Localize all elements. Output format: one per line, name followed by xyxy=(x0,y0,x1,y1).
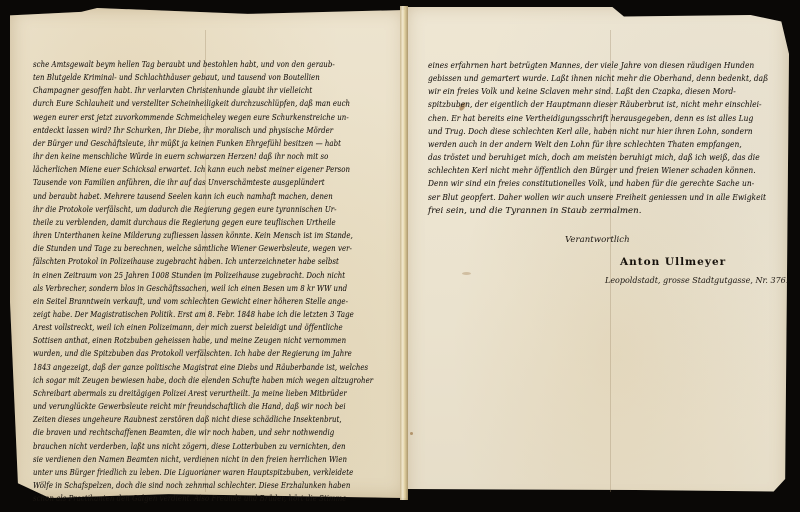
text-line: sie verdienen den Namen Beamten nicht, v… xyxy=(33,454,373,467)
text-line: als Verbrecher, sondern blos in Geschäft… xyxy=(33,283,373,296)
text-line: ein Seitel Branntwein verkauft, und vom … xyxy=(33,296,373,309)
signature-name: Anton Ullmeyer xyxy=(620,256,726,268)
text-line: zeigt habe. Der Magistratischen Politik.… xyxy=(33,309,373,322)
text-line: lächerlichen Miene euer Schicksal erwart… xyxy=(33,164,373,177)
text-line: ser Blut geopfert. Daher wollen wir auch… xyxy=(428,192,768,205)
text-line: ihren Unterthanen keine Milderung zuflie… xyxy=(33,230,373,243)
text-line: und beraubt habet. Mehrere tausend Seele… xyxy=(33,191,373,204)
text-line: Tausende von Familien anführen, die ihr … xyxy=(33,177,373,190)
text-line: unter uns Bürger friedlich zu leben. Die… xyxy=(33,467,373,480)
text-line: ich sogar mit Zeugen bewiesen habe, doch… xyxy=(33,375,373,388)
text-line: 1843 angezeigt, daß der ganze politische… xyxy=(33,362,373,375)
text-line: werden auch in der andern Welt den Lohn … xyxy=(428,139,768,152)
paper-stain xyxy=(462,272,471,275)
text-line: Arest vollstreckt, weil ich einen Polize… xyxy=(33,322,373,335)
left-page-text: sche Amtsgewalt beym hellen Tag beraubt … xyxy=(33,59,452,506)
text-line: durch Eure Schlauheit und verstellter Sc… xyxy=(33,98,373,111)
text-line: wir ein freies Volk und keine Sclaven me… xyxy=(428,86,768,99)
text-line: Wölfe in Schafspelzen, doch die sind noc… xyxy=(33,480,373,493)
text-line: und verunglückte Gewerbsleute reicht mir… xyxy=(33,401,373,414)
text-line: und Trug. Doch diese schlechten Kerl all… xyxy=(428,126,768,139)
text-line: wegen eurer erst jetzt zuvorkommende Sch… xyxy=(33,112,373,125)
text-line: sche Amtsgewalt beym hellen Tag beraubt … xyxy=(33,59,373,72)
signature-address: Leopoldstadt, grosse Stadtgutgasse, Nr. … xyxy=(605,276,788,285)
text-line: schlechten Kerl nicht mehr öffentlich de… xyxy=(428,165,768,178)
text-line: in einen Zeitraum von 25 Jahren 1008 Stu… xyxy=(33,270,373,283)
right-page-text: eines erfahrnen hart betrügten Mannes, d… xyxy=(428,60,800,218)
text-line: brauchen nicht verderben, laßt uns nicht… xyxy=(33,441,373,454)
signature-label: Verantwortlich xyxy=(565,235,630,245)
text-line: das tröstet und beruhiget mich, doch am … xyxy=(428,152,768,165)
text-line: ten Blutgelde Kriminal- und Schlachthäus… xyxy=(33,72,373,85)
text-line: Denn wir sind ein freies constitutionell… xyxy=(428,178,768,191)
text-line: Sottisen anthat, einen Rotzbuben geheiss… xyxy=(33,335,373,348)
text-line: gebissen und gemartert wurde. Laßt ihnen… xyxy=(428,73,768,86)
text-line: theile zu verblenden, damit durchaus die… xyxy=(33,217,373,230)
text-line: chen. Er hat bereits eine Vertheidigungs… xyxy=(428,113,768,126)
text-line: ihr den keine menschliche Würde in euern… xyxy=(33,151,373,164)
text-line: die Stunden und Tage zu berechnen, welch… xyxy=(33,243,373,256)
text-line: Zeiten dieses ungeheure Raubnest zerstör… xyxy=(33,414,373,427)
text-line: entdeckt lassen wird? Ihr Schurken, Ihr … xyxy=(33,125,373,138)
text-line: eines erfahrnen hart betrügten Mannes, d… xyxy=(428,60,768,73)
text-line: wurden, und die Spitzbuben das Protokoll… xyxy=(33,348,373,361)
text-line: der Bürger und Geschäftsleute, ihr müßt … xyxy=(33,138,373,151)
text-line: ihr die Protokole verfälscht, um dadurch… xyxy=(33,204,373,217)
text-line: fälschten Protokol in Polizeihause zugeb… xyxy=(33,256,373,269)
text-line: Champagner gesoffen habt. Ihr verlarvten… xyxy=(33,85,373,98)
text-line: Schreibart abermals zu dreitägigen Poliz… xyxy=(33,388,373,401)
text-line: spitzbuben, der eigentlich der Hauptmann… xyxy=(428,99,768,112)
text-line: frei sein, und die Tyrannen in Staub zer… xyxy=(428,205,800,218)
text-line: schon als Practikanten den Galgen verdie… xyxy=(33,493,373,506)
text-line: die braven und rechtschaffenen Beamten, … xyxy=(33,427,373,440)
